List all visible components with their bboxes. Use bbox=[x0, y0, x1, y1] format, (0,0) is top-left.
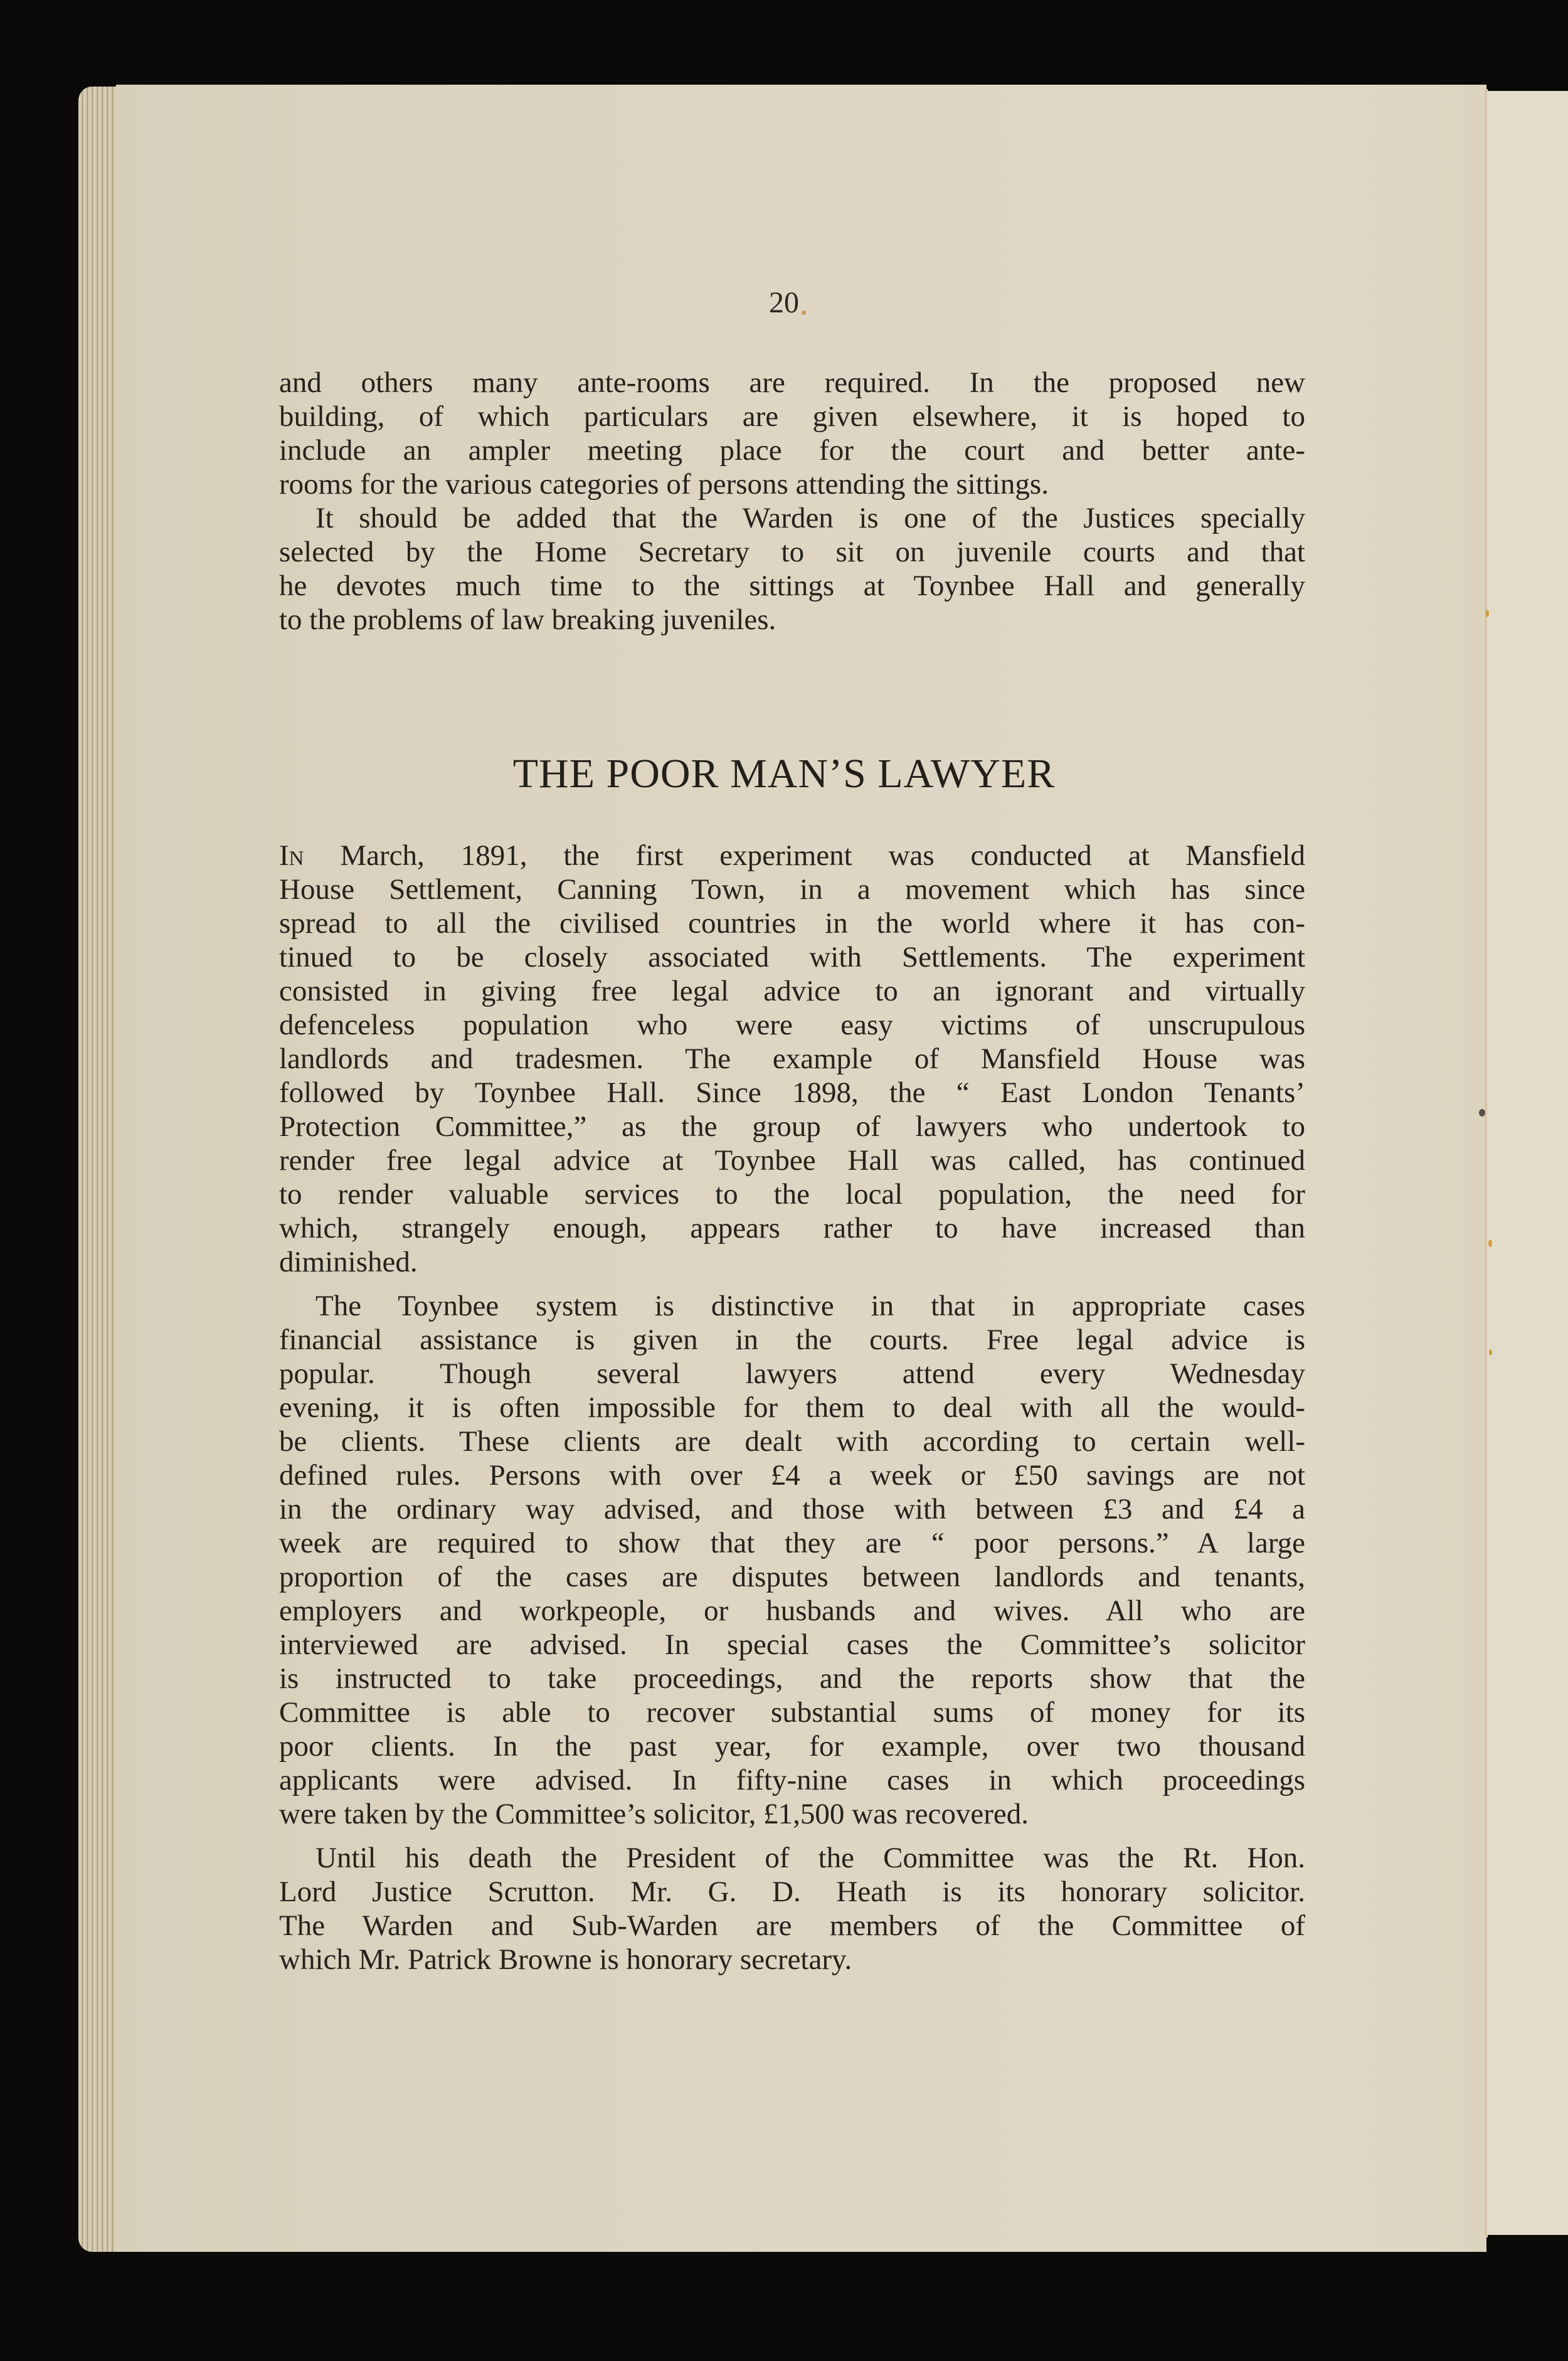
text-line: rooms for the various categories of pers… bbox=[279, 467, 1305, 501]
drop-small-caps: In bbox=[279, 839, 304, 872]
text-line: It should be added that the Warden is on… bbox=[279, 501, 1305, 535]
text-line: interviewed are advised. In special case… bbox=[279, 1628, 1305, 1662]
text-line: defenceless population who were easy vic… bbox=[279, 1008, 1305, 1042]
text-line: In March, 1891, the first experiment was… bbox=[279, 839, 1305, 873]
text-line: to the problems of law breaking juvenile… bbox=[279, 603, 1305, 637]
text-line: which, strangely enough, appears rather … bbox=[279, 1211, 1305, 1245]
paragraph: and others many ante-rooms are required.… bbox=[279, 366, 1305, 501]
text-line: The Toynbee system is distinctive in tha… bbox=[279, 1289, 1305, 1323]
text-line: tinued to be closely associated with Set… bbox=[279, 940, 1305, 974]
text-line: Until his death the President of the Com… bbox=[279, 1841, 1305, 1875]
text-line: Protection Committee,” as the group of l… bbox=[279, 1110, 1305, 1143]
text-line: consisted in giving free legal advice to… bbox=[279, 974, 1305, 1008]
paper-stain bbox=[1488, 1239, 1492, 1247]
text-line: Committee is able to recover substantial… bbox=[279, 1695, 1305, 1729]
text-line: Lord Justice Scrutton. Mr. G. D. Heath i… bbox=[279, 1875, 1305, 1909]
text-line: popular. Though several lawyers attend e… bbox=[279, 1357, 1305, 1391]
text-line: spread to all the civilised countries in… bbox=[279, 906, 1305, 940]
text-line: evening, it is often impossible for them… bbox=[279, 1391, 1305, 1425]
text-line: The Warden and Sub-Warden are members of… bbox=[279, 1909, 1305, 1943]
text-line: proportion of the cases are disputes bet… bbox=[279, 1560, 1305, 1594]
text-line: were taken by the Committee’s solicitor,… bbox=[279, 1797, 1305, 1831]
paragraph: It should be added that the Warden is on… bbox=[279, 501, 1305, 637]
text-line: employers and workpeople, or husbands an… bbox=[279, 1594, 1305, 1628]
text-line: be clients. These clients are dealt with… bbox=[279, 1425, 1305, 1458]
paragraph: In March, 1891, the first experiment was… bbox=[279, 839, 1305, 1279]
page-number: 20 bbox=[0, 285, 1568, 320]
text-line: which Mr. Patrick Browne is honorary sec… bbox=[279, 1943, 1305, 1976]
text-line: selected by the Home Secretary to sit on… bbox=[279, 535, 1305, 569]
paragraph: The Toynbee system is distinctive in tha… bbox=[279, 1289, 1305, 1831]
text-line: include an ampler meeting place for the … bbox=[279, 433, 1305, 467]
text-line: applicants were advised. In fifty-nine c… bbox=[279, 1763, 1305, 1797]
text-line: House Settlement, Canning Town, in a mov… bbox=[279, 873, 1305, 906]
text-line: week are required to show that they are … bbox=[279, 1526, 1305, 1560]
text-line: building, of which particulars are given… bbox=[279, 400, 1305, 433]
paper-stain bbox=[1479, 1109, 1485, 1117]
text-line: in the ordinary way advised, and those w… bbox=[279, 1492, 1305, 1526]
text-line: is instructed to take proceedings, and t… bbox=[279, 1662, 1305, 1695]
paragraph-gap bbox=[279, 1831, 1305, 1841]
text-line: to render valuable services to the local… bbox=[279, 1177, 1305, 1211]
text-line: financial assistance is given in the cou… bbox=[279, 1323, 1305, 1357]
facing-page-edge bbox=[1488, 91, 1568, 2235]
text-line: defined rules. Persons with over £4 a we… bbox=[279, 1458, 1305, 1492]
paper-stain bbox=[1489, 1349, 1492, 1356]
paragraph: Until his death the President of the Com… bbox=[279, 1841, 1305, 1976]
text-line: poor clients. In the past year, for exam… bbox=[279, 1729, 1305, 1763]
paragraph-gap bbox=[279, 1279, 1305, 1289]
text-line: landlords and tradesmen. The example of … bbox=[279, 1042, 1305, 1076]
text-line: render free legal advice at Toynbee Hall… bbox=[279, 1143, 1305, 1177]
section-body: In March, 1891, the first experiment was… bbox=[279, 839, 1305, 1976]
text-line: he devotes much time to the sittings at … bbox=[279, 569, 1305, 603]
continued-text: and others many ante-rooms are required.… bbox=[279, 366, 1305, 637]
section-heading: THE POOR MAN’S LAWYER bbox=[0, 750, 1568, 798]
paper-stain bbox=[1486, 610, 1489, 617]
text-line: and others many ante-rooms are required.… bbox=[279, 366, 1305, 400]
text-line: diminished. bbox=[279, 1245, 1305, 1279]
text-line: followed by Toynbee Hall. Since 1898, th… bbox=[279, 1076, 1305, 1110]
